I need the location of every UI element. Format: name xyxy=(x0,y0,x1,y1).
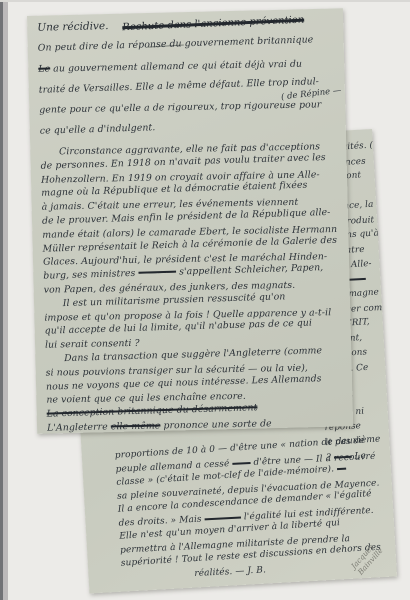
photo-top-edge xyxy=(0,0,410,2)
page-title: Une récidive. xyxy=(37,20,108,34)
manuscript-line: ce qu'elle a d'indulgent. xyxy=(40,116,338,139)
manuscript-line: Le au gouvernement allemand ce qui était… xyxy=(38,57,336,77)
manuscript-page-1: Une récidive. Rechute dans l'ancienne pr… xyxy=(27,8,353,434)
manuscript-line: gente pour ce qu'elle a de rigoureux, tr… xyxy=(39,98,337,118)
page2-final-paragraph: proportions de 10 à 0 — d'être une « nat… xyxy=(115,435,391,585)
title-row: Une récidive. Rechute dans l'ancienne pr… xyxy=(37,14,335,33)
manuscript-line: On peut dire de la réponse du gouverneme… xyxy=(38,33,336,56)
manuscript-photo: t des traités. (aux chancesgains mont En… xyxy=(0,0,410,600)
photo-left-light-edge xyxy=(3,0,8,600)
struck-out-title: Rechute dans l'ancienne prévention xyxy=(122,15,304,34)
